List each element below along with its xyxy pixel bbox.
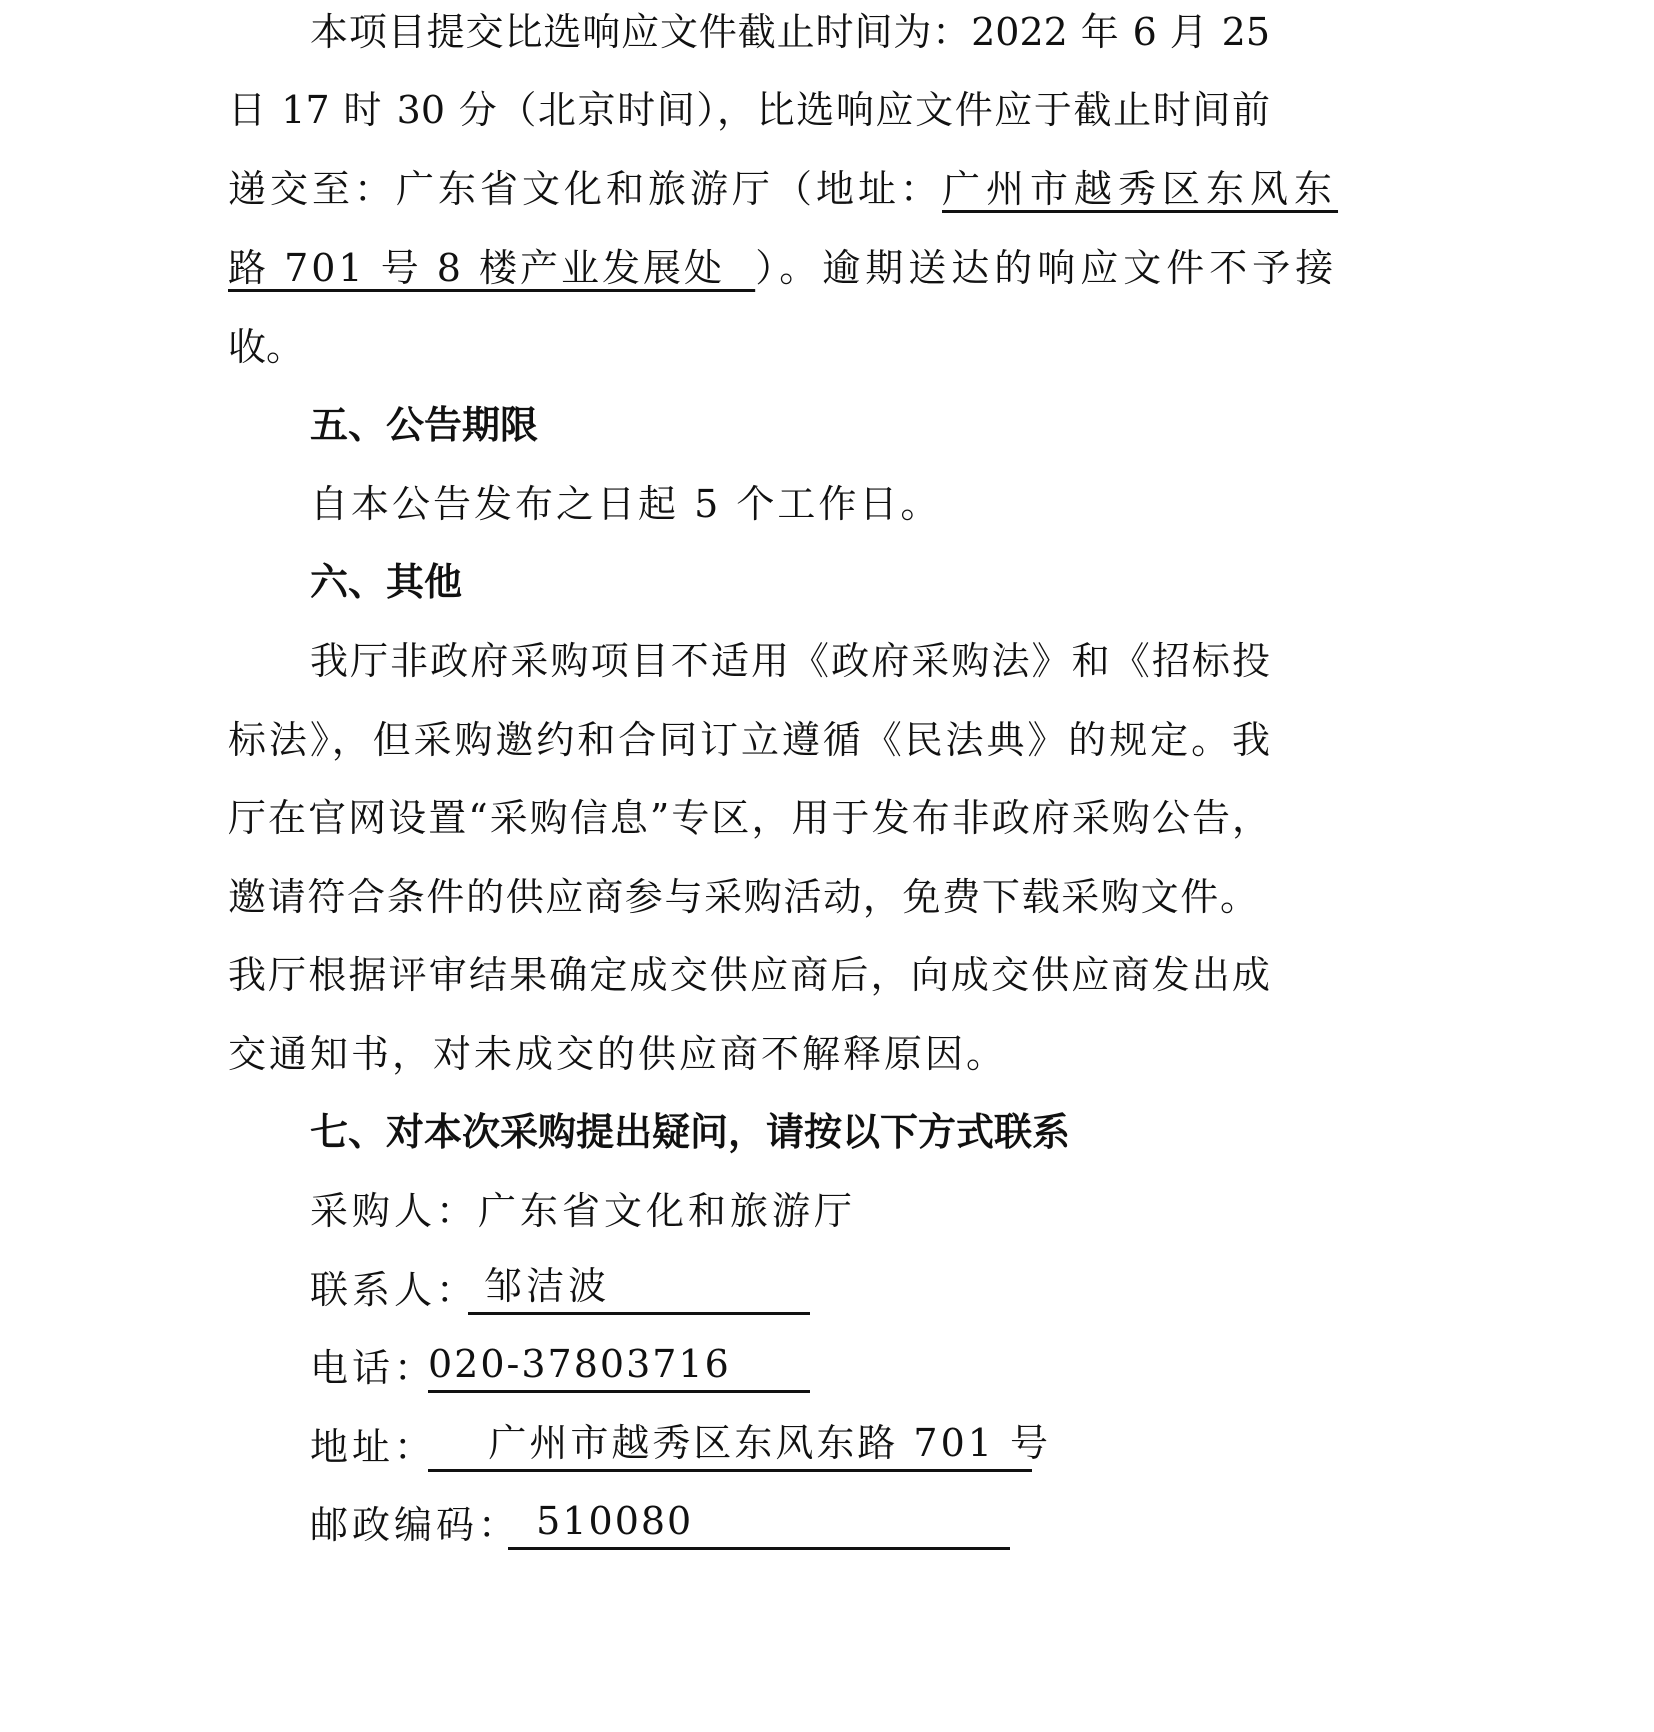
paragraph-line: 标法》，但采购邀约和合同订立遵循《民法典》的规定。我 bbox=[228, 710, 1270, 770]
late-submission-text: ）。逾期送达的响应文件不予接 bbox=[755, 238, 1338, 298]
delivery-text: 递交至：广东省文化和旅游厅（地址： bbox=[228, 159, 942, 219]
document-page: 本项目提交比选响应文件截止时间为：2022 年 6 月 25 日 17 时 30… bbox=[0, 0, 1654, 1732]
phone-label: 电话： bbox=[310, 1338, 428, 1398]
contact-person-row: 联系人： 邹洁波 bbox=[310, 1260, 1270, 1320]
announcement-period-text: 自本公告发布之日起 5 个工作日。 bbox=[310, 474, 1270, 534]
paragraph-line: 收。 bbox=[228, 317, 1270, 377]
purchaser-value: 广东省文化和旅游厅 bbox=[478, 1189, 856, 1233]
section-heading-announcement-period: 五、公告期限 bbox=[310, 395, 1270, 455]
contact-person-value: 邹洁波 bbox=[468, 1260, 810, 1315]
paragraph-line: 交通知书，对未成交的供应商不解释原因。 bbox=[228, 1024, 1270, 1084]
paragraph-line: 厅在官网设置“采购信息”专区，用于发布非政府采购公告， bbox=[228, 788, 1270, 848]
paragraph-line: 我厅根据评审结果确定成交供应商后，向成交供应商发出成 bbox=[228, 945, 1270, 1005]
paragraph-line: 我厅非政府采购项目不适用《政府采购法》和《招标投 bbox=[310, 631, 1270, 691]
paragraph-line: 递交至：广东省文化和旅游厅（地址： 广州市越秀区东风东 bbox=[228, 159, 1270, 219]
paragraph-line: 邀请符合条件的供应商参与采购活动，免费下载采购文件。 bbox=[228, 867, 1258, 927]
contact-person-label: 联系人： bbox=[310, 1260, 468, 1320]
postcode-row: 邮政编码： 510080 bbox=[310, 1495, 1270, 1555]
phone-row: 电话：020-37803716 bbox=[310, 1338, 1270, 1398]
section-heading-other: 六、其他 bbox=[310, 552, 1270, 612]
address-value: 广州市越秀区东风东路 701 号 bbox=[428, 1417, 1032, 1472]
delivery-address-underlined-cont: 路 701 号 8 楼产业发展处 bbox=[228, 238, 755, 298]
paragraph-line: 路 701 号 8 楼产业发展处 ）。逾期送达的响应文件不予接 bbox=[228, 238, 1270, 298]
postcode-value: 510080 bbox=[508, 1495, 1010, 1550]
phone-value: 020-37803716 bbox=[428, 1338, 810, 1393]
purchaser-row: 采购人：广东省文化和旅游厅 bbox=[310, 1181, 1270, 1241]
delivery-address-underlined: 广州市越秀区东风东 bbox=[942, 159, 1338, 219]
postcode-label: 邮政编码： bbox=[310, 1495, 508, 1555]
address-row: 地址： 广州市越秀区东风东路 701 号 bbox=[310, 1417, 1270, 1477]
paragraph-line: 本项目提交比选响应文件截止时间为：2022 年 6 月 25 bbox=[310, 2, 1270, 62]
section-heading-contact: 七、对本次采购提出疑问，请按以下方式联系 bbox=[310, 1102, 1270, 1162]
purchaser-label: 采购人： bbox=[310, 1181, 478, 1241]
paragraph-line: 日 17 时 30 分（北京时间），比选响应文件应于截止时间前 bbox=[228, 80, 1270, 140]
address-label: 地址： bbox=[310, 1417, 428, 1477]
